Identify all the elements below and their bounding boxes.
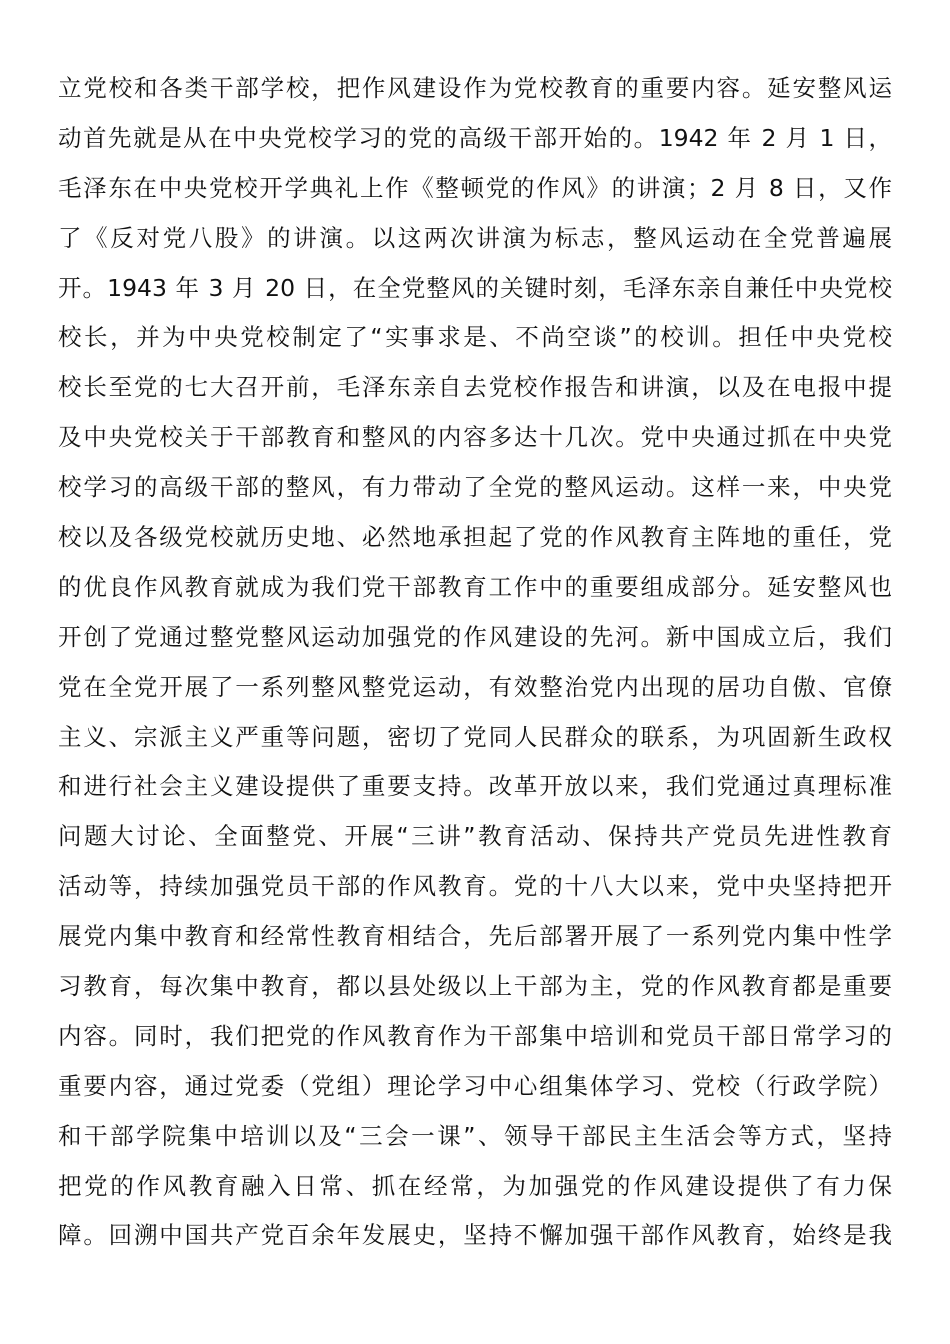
- text-line: 内容。同时，我们把党的作风教育作为干部集中培训和党员干部日常学习的: [58, 1012, 892, 1062]
- text-line: 重要内容，通过党委（党组）理论学习中心组集体学习、党校（行政学院）: [58, 1062, 892, 1112]
- text-line: 开。1943 年 3 月 20 日，在全党整风的关键时刻，毛泽东亲自兼任中央党校: [58, 264, 892, 314]
- text-line: 习教育，每次集中教育，都以县处级以上干部为主，党的作风教育都是重要: [58, 962, 892, 1012]
- text-line: 开创了党通过整党整风运动加强党的作风建设的先河。新中国成立后，我们: [58, 613, 892, 663]
- text-line: 主义、宗派主义严重等问题，密切了党同人民群众的联系，为巩固新生政权: [58, 713, 892, 763]
- text-line: 的优良作风教育就成为我们党干部教育工作中的重要组成部分。延安整风也: [58, 563, 892, 613]
- text-line: 了《反对党八股》的讲演。以这两次讲演为标志，整风运动在全党普遍展: [58, 214, 892, 264]
- text-line: 动首先就是从在中央党校学习的党的高级干部开始的。1942 年 2 月 1 日，: [58, 114, 892, 164]
- text-line: 障。回溯中国共产党百余年发展史，坚持不懈加强干部作风教育，始终是我: [58, 1211, 892, 1261]
- text-line: 问题大讨论、全面整党、开展“三讲”教育活动、保持共产党员先进性教育: [58, 812, 892, 862]
- text-line: 立党校和各类干部学校，把作风建设作为党校教育的重要内容。延安整风运: [58, 64, 892, 114]
- text-line: 校学习的高级干部的整风，有力带动了全党的整风运动。这样一来，中央党: [58, 463, 892, 513]
- text-line: 校长，并为中央党校制定了“实事求是、不尚空谈”的校训。担任中央党校: [58, 313, 892, 363]
- body-paragraph: 立党校和各类干部学校，把作风建设作为党校教育的重要内容。延安整风运 动首先就是从…: [58, 64, 892, 1261]
- text-line: 展党内集中教育和经常性教育相结合，先后部署开展了一系列党内集中性学: [58, 912, 892, 962]
- text-line: 活动等，持续加强党员干部的作风教育。党的十八大以来，党中央坚持把开: [58, 862, 892, 912]
- document-page: 立党校和各类干部学校，把作风建设作为党校教育的重要内容。延安整风运 动首先就是从…: [0, 0, 950, 1344]
- text-line: 校以及各级党校就历史地、必然地承担起了党的作风教育主阵地的重任，党: [58, 513, 892, 563]
- text-line: 毛泽东在中央党校开学典礼上作《整顿党的作风》的讲演；2 月 8 日，又作: [58, 164, 892, 214]
- text-line: 党在全党开展了一系列整风整党运动，有效整治党内出现的居功自傲、官僚: [58, 663, 892, 713]
- text-line: 和进行社会主义建设提供了重要支持。改革开放以来，我们党通过真理标准: [58, 762, 892, 812]
- text-line: 及中央党校关于干部教育和整风的内容多达十几次。党中央通过抓在中央党: [58, 413, 892, 463]
- text-line: 和干部学院集中培训以及“三会一课”、领导干部民主生活会等方式，坚持: [58, 1112, 892, 1162]
- text-line: 校长至党的七大召开前，毛泽东亲自去党校作报告和讲演，以及在电报中提: [58, 363, 892, 413]
- text-line: 把党的作风教育融入日常、抓在经常，为加强党的作风建设提供了有力保: [58, 1162, 892, 1212]
